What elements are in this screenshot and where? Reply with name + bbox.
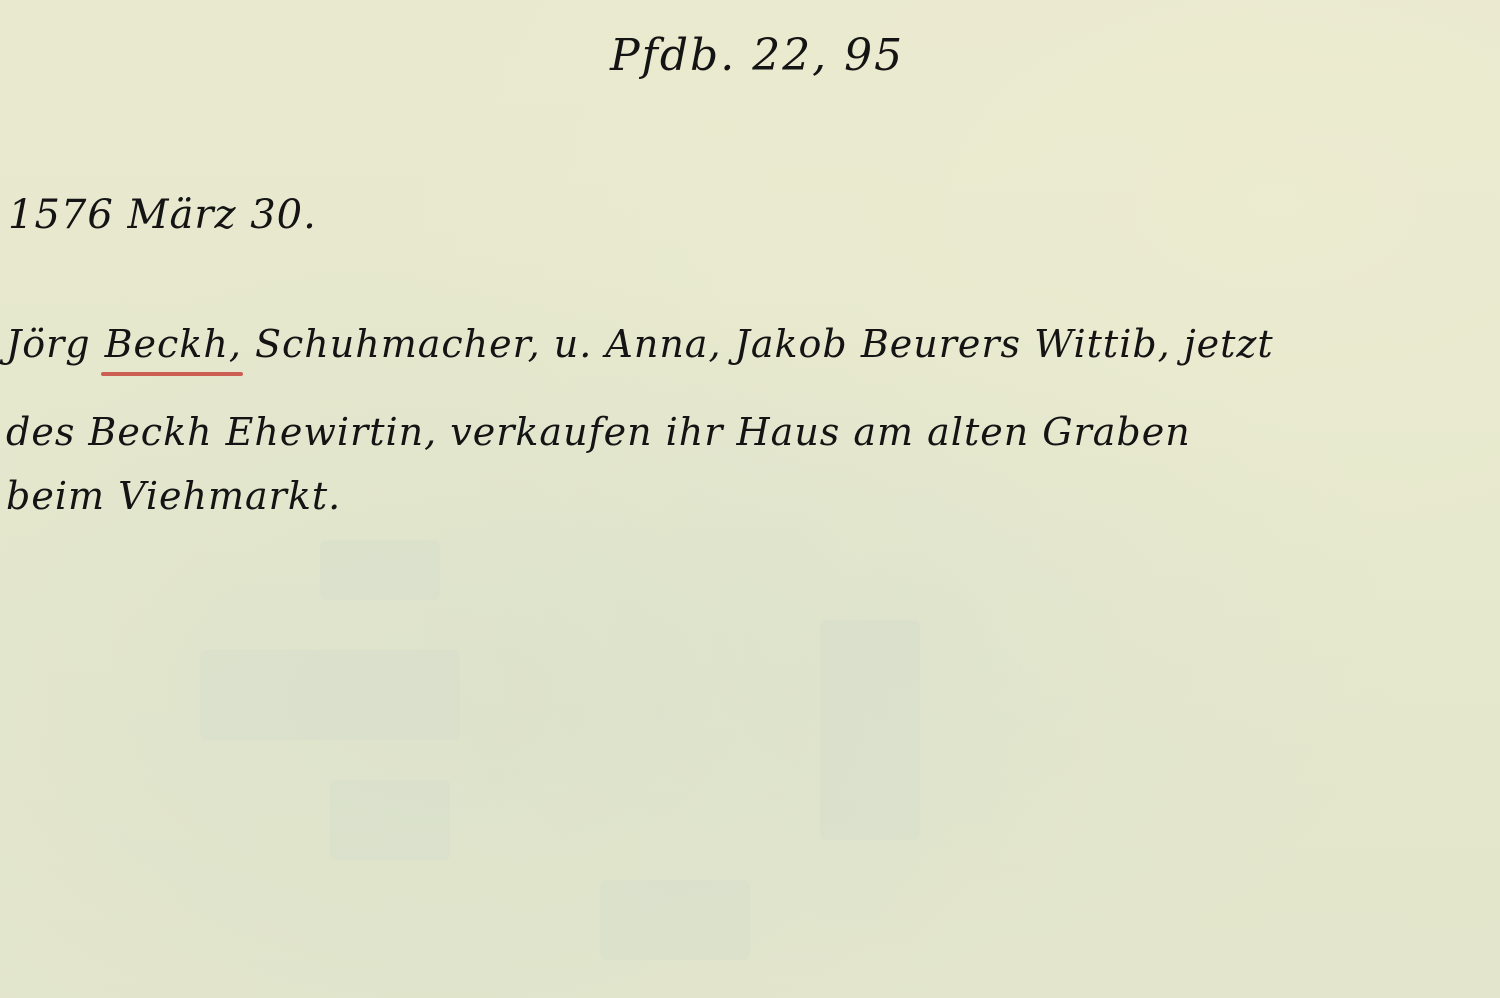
body-line-1-rest: , Schuhmacher, u. Anna, Jakob Beurers Wi… [229, 322, 1274, 366]
body-line-2: des Beckh Ehewirtin, verkaufen ihr Haus … [6, 410, 1191, 454]
show-through-mark [600, 880, 750, 960]
first-name: Jörg [6, 322, 91, 366]
entry-date: 1576 März 30. [8, 192, 317, 238]
show-through-mark [320, 540, 440, 600]
show-through-mark [330, 780, 450, 860]
red-underline-mark [101, 372, 243, 376]
show-through-mark [820, 620, 920, 840]
archive-reference: Pfdb. 22, 95 [610, 30, 904, 81]
body-line-3: beim Viehmarkt. [6, 474, 341, 518]
body-line-1: JörgBeckh, Schuhmacher, u. Anna, Jakob B… [6, 322, 1274, 366]
surname-text: Beckh [105, 322, 229, 366]
underlined-surname: Beckh [105, 322, 229, 366]
index-card: Pfdb. 22, 95 1576 März 30. JörgBeckh, Sc… [0, 0, 1500, 998]
show-through-mark [200, 650, 460, 740]
